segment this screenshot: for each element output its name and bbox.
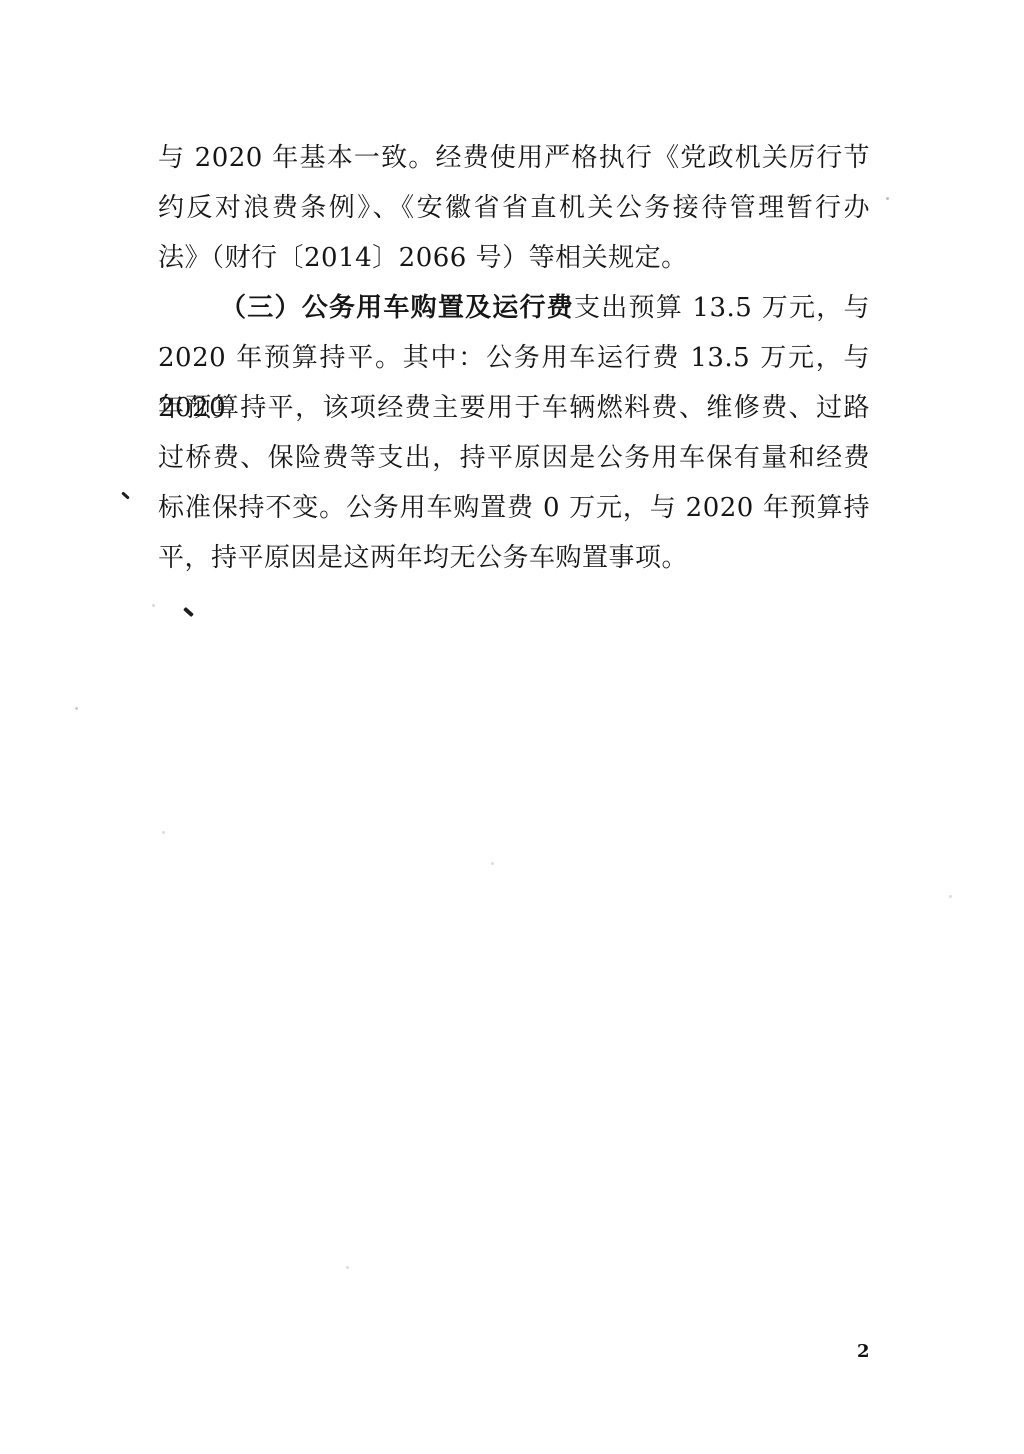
subheading-bold: （三）公务用车购置及运行费	[220, 293, 574, 323]
paragraph-continuation: 与 2020 年基本一致。经费使用严格执行《党政机关厉行节 约反对浪费条例》、《…	[158, 133, 870, 283]
scan-artifact-tick	[183, 607, 194, 617]
scan-artifact-speck	[162, 831, 165, 834]
scan-artifact-speck	[346, 1266, 349, 1269]
paragraph-vehicle-budget: （三）公务用车购置及运行费支出预算 13.5 万元，与 2020 年预算持平。其…	[158, 283, 870, 583]
scan-artifact-speck	[75, 707, 78, 710]
text-line: 2020 年预算持平。其中：公务用车运行费 13.5 万元，与 2020	[158, 333, 870, 383]
text-line: 标准保持不变。公务用车购置费 0 万元，与 2020 年预算持	[158, 483, 870, 533]
scan-artifact-speck	[152, 604, 155, 607]
text-line: 与 2020 年基本一致。经费使用严格执行《党政机关厉行节	[158, 133, 870, 183]
page-number: 2	[857, 1341, 870, 1362]
document-body: 与 2020 年基本一致。经费使用严格执行《党政机关厉行节 约反对浪费条例》、《…	[158, 133, 870, 583]
subheading-rest: 支出预算 13.5 万元，与	[574, 293, 870, 323]
document-page: 与 2020 年基本一致。经费使用严格执行《党政机关厉行节 约反对浪费条例》、《…	[0, 0, 1024, 1454]
text-line: 约反对浪费条例》、《安徽省省直机关公务接待管理暂行办	[158, 183, 870, 233]
text-line: 年预算持平，该项经费主要用于车辆燃料费、维修费、过路	[158, 383, 870, 433]
scan-artifact-tick	[121, 491, 130, 499]
text-line: 过桥费、保险费等支出，持平原因是公务用车保有量和经费	[158, 433, 870, 483]
text-line: 平，持平原因是这两年均无公务车购置事项。	[158, 533, 870, 583]
scan-artifact-speck	[886, 197, 889, 200]
scan-artifact-speck	[491, 862, 494, 865]
text-line: （三）公务用车购置及运行费支出预算 13.5 万元，与	[158, 283, 870, 333]
text-line: 法》（财行〔2014〕2066 号）等相关规定。	[158, 233, 870, 283]
scan-artifact-speck	[949, 895, 952, 898]
